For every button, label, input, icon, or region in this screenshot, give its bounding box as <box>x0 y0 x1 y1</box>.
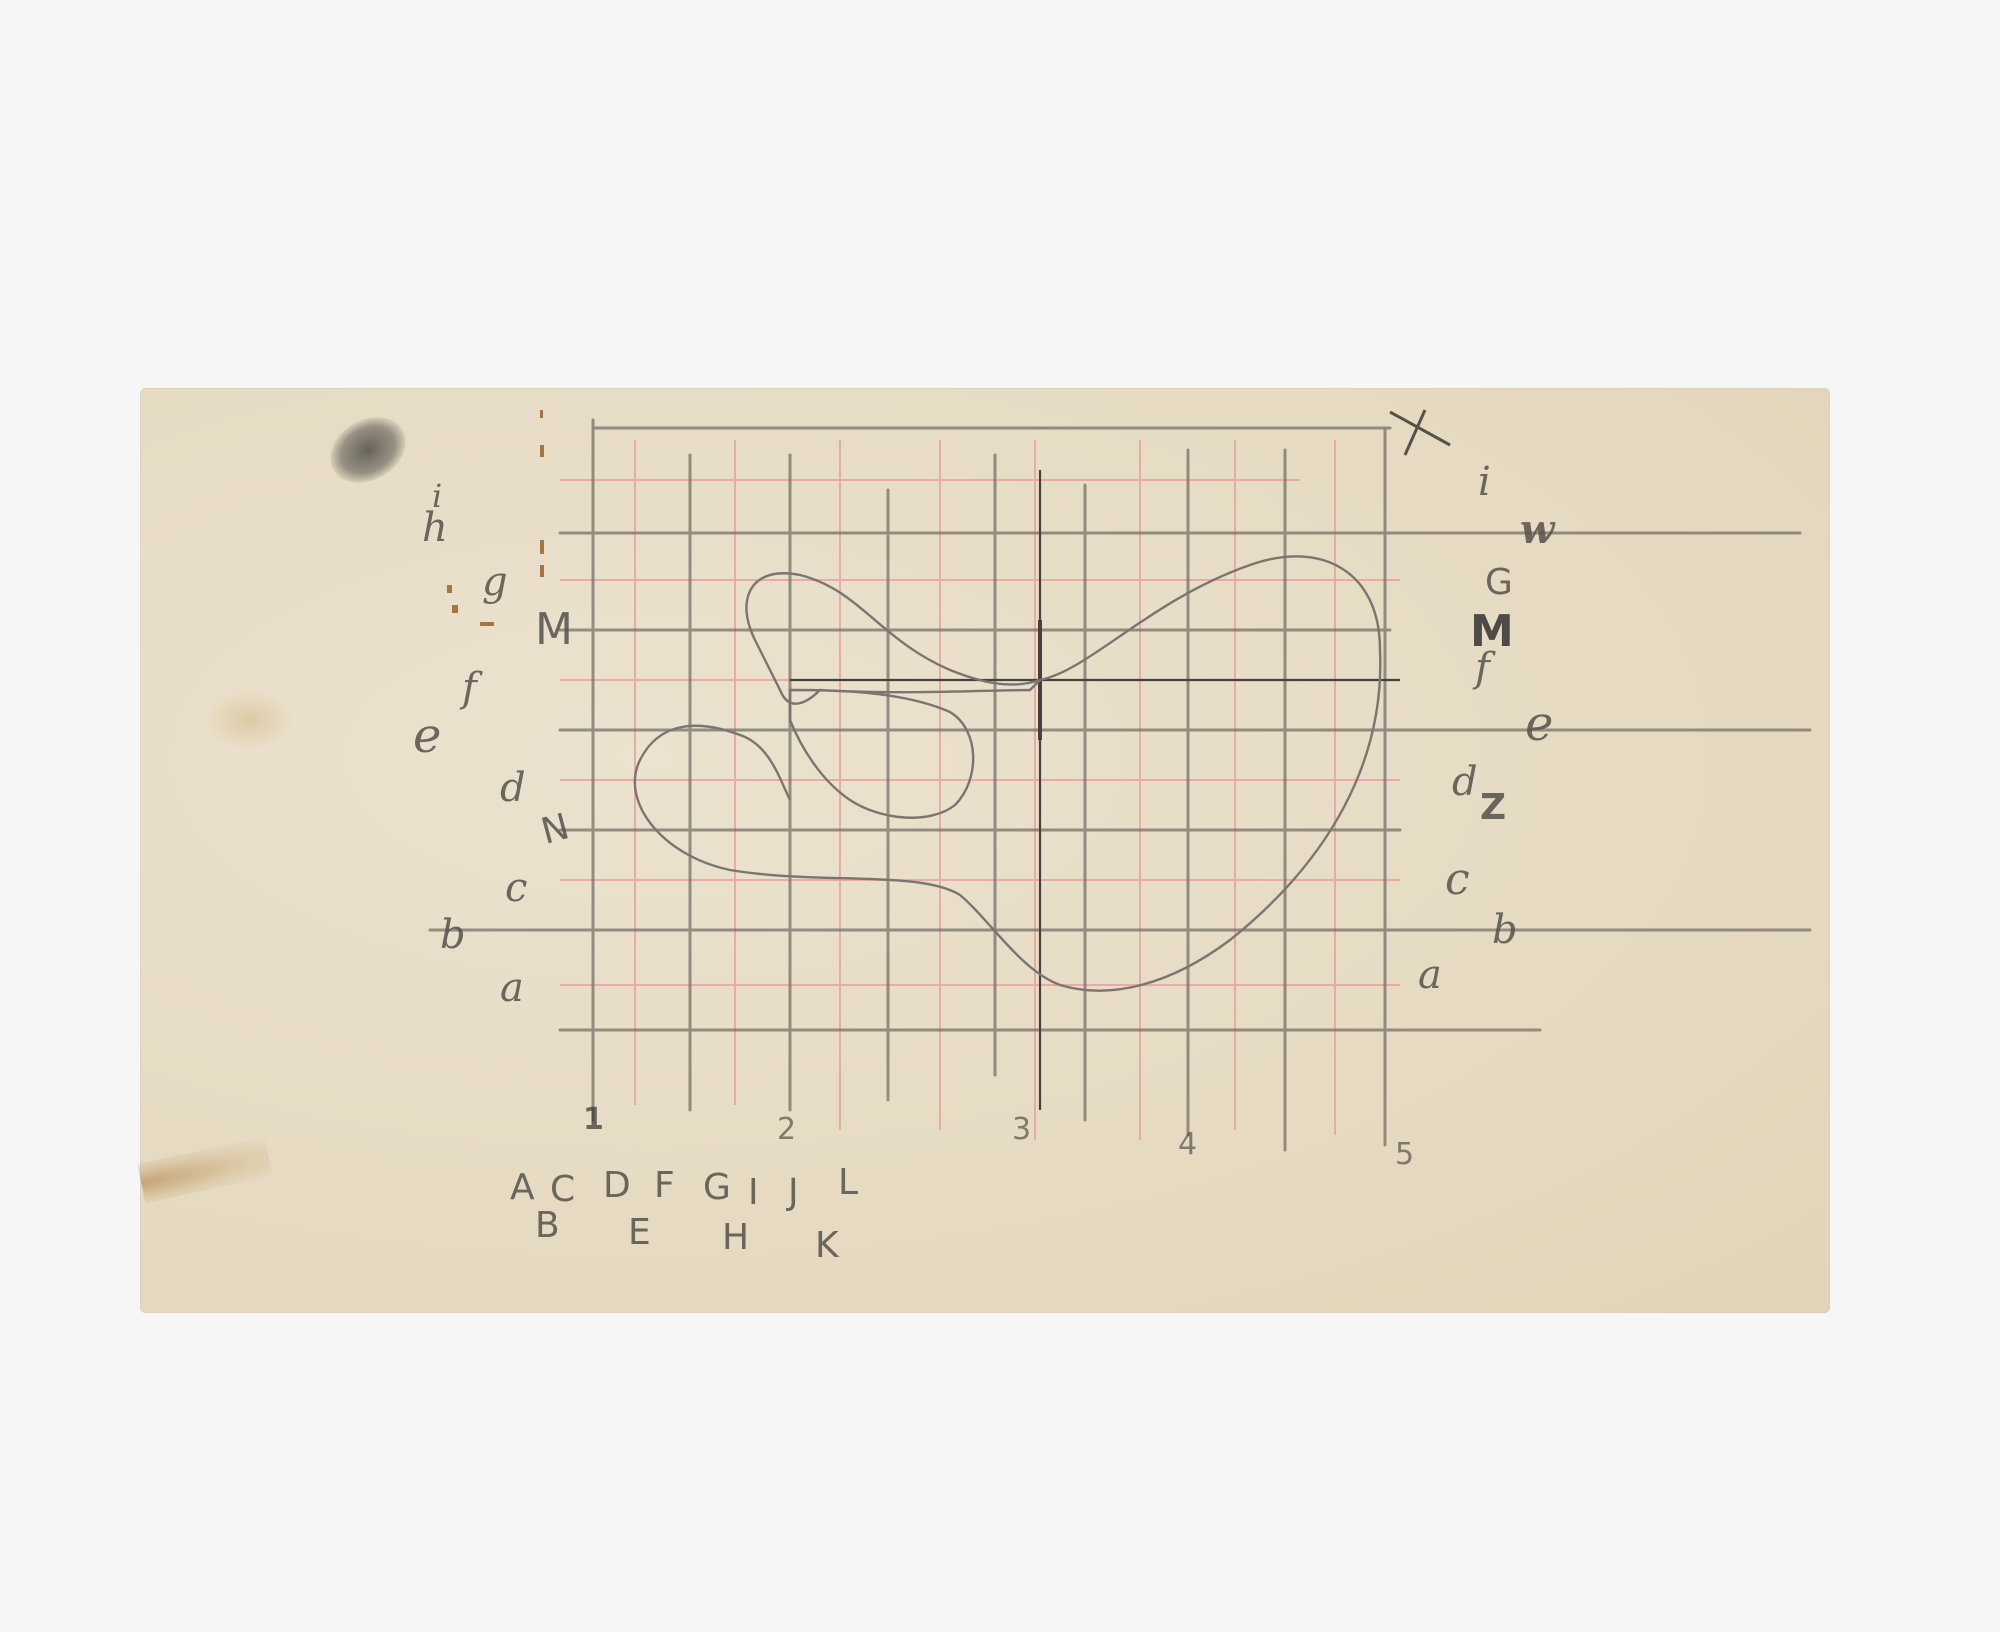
label-right-a: a <box>1418 955 1442 995</box>
axis-letter-B: B <box>535 1208 560 1244</box>
axis-number-2: 2 <box>777 1115 796 1145</box>
axis-letter-F: F <box>654 1168 675 1204</box>
label-left-b: b <box>440 915 466 955</box>
axis-letter-D: D <box>603 1168 631 1204</box>
axis-number-1: 1 <box>583 1105 604 1135</box>
pencil-grid <box>430 420 1810 1150</box>
label-right-c: c <box>1445 858 1470 902</box>
label-right-e: e <box>1525 700 1553 748</box>
axis-number-3: 3 <box>1012 1115 1031 1145</box>
label-left-g: g <box>482 562 508 602</box>
label-left-e: e <box>413 712 441 760</box>
axis-letter-C: C <box>550 1172 575 1208</box>
axis-letter-A: A <box>510 1170 535 1206</box>
axis-letter-K: K <box>815 1228 839 1264</box>
axis-letter-I: I <box>748 1175 759 1211</box>
label-right-b: b <box>1492 910 1518 950</box>
axis-letter-L: L <box>838 1165 858 1201</box>
large-blob <box>635 556 1380 990</box>
axis-letter-J: J <box>788 1175 799 1211</box>
label-left-M: M <box>535 608 573 652</box>
axis-letter-G: G <box>703 1170 731 1206</box>
label-right-d: d <box>1452 762 1478 802</box>
grid-drawing <box>0 0 2000 1632</box>
label-right-w: w <box>1520 510 1554 550</box>
label-left-d: d <box>500 768 526 808</box>
label-right-G: G <box>1485 565 1513 601</box>
label-right-i: i <box>1478 462 1491 502</box>
label-left-a: a <box>500 968 524 1008</box>
blob-curves <box>635 556 1380 990</box>
red-grid <box>560 440 1400 1140</box>
label-left-f: f <box>462 668 477 708</box>
axis-number-4: 4 <box>1178 1130 1197 1160</box>
crosshair <box>790 470 1400 1110</box>
label-right-Z: Z <box>1480 790 1506 826</box>
label-left-c: c <box>505 868 527 908</box>
axis-letter-E: E <box>628 1215 651 1251</box>
axis-letter-H: H <box>722 1220 749 1256</box>
axis-number-5: 5 <box>1395 1140 1414 1170</box>
label-left-h: h <box>422 508 448 548</box>
label-right-f: f <box>1475 648 1490 688</box>
top-right-cross-mark <box>1390 410 1450 455</box>
